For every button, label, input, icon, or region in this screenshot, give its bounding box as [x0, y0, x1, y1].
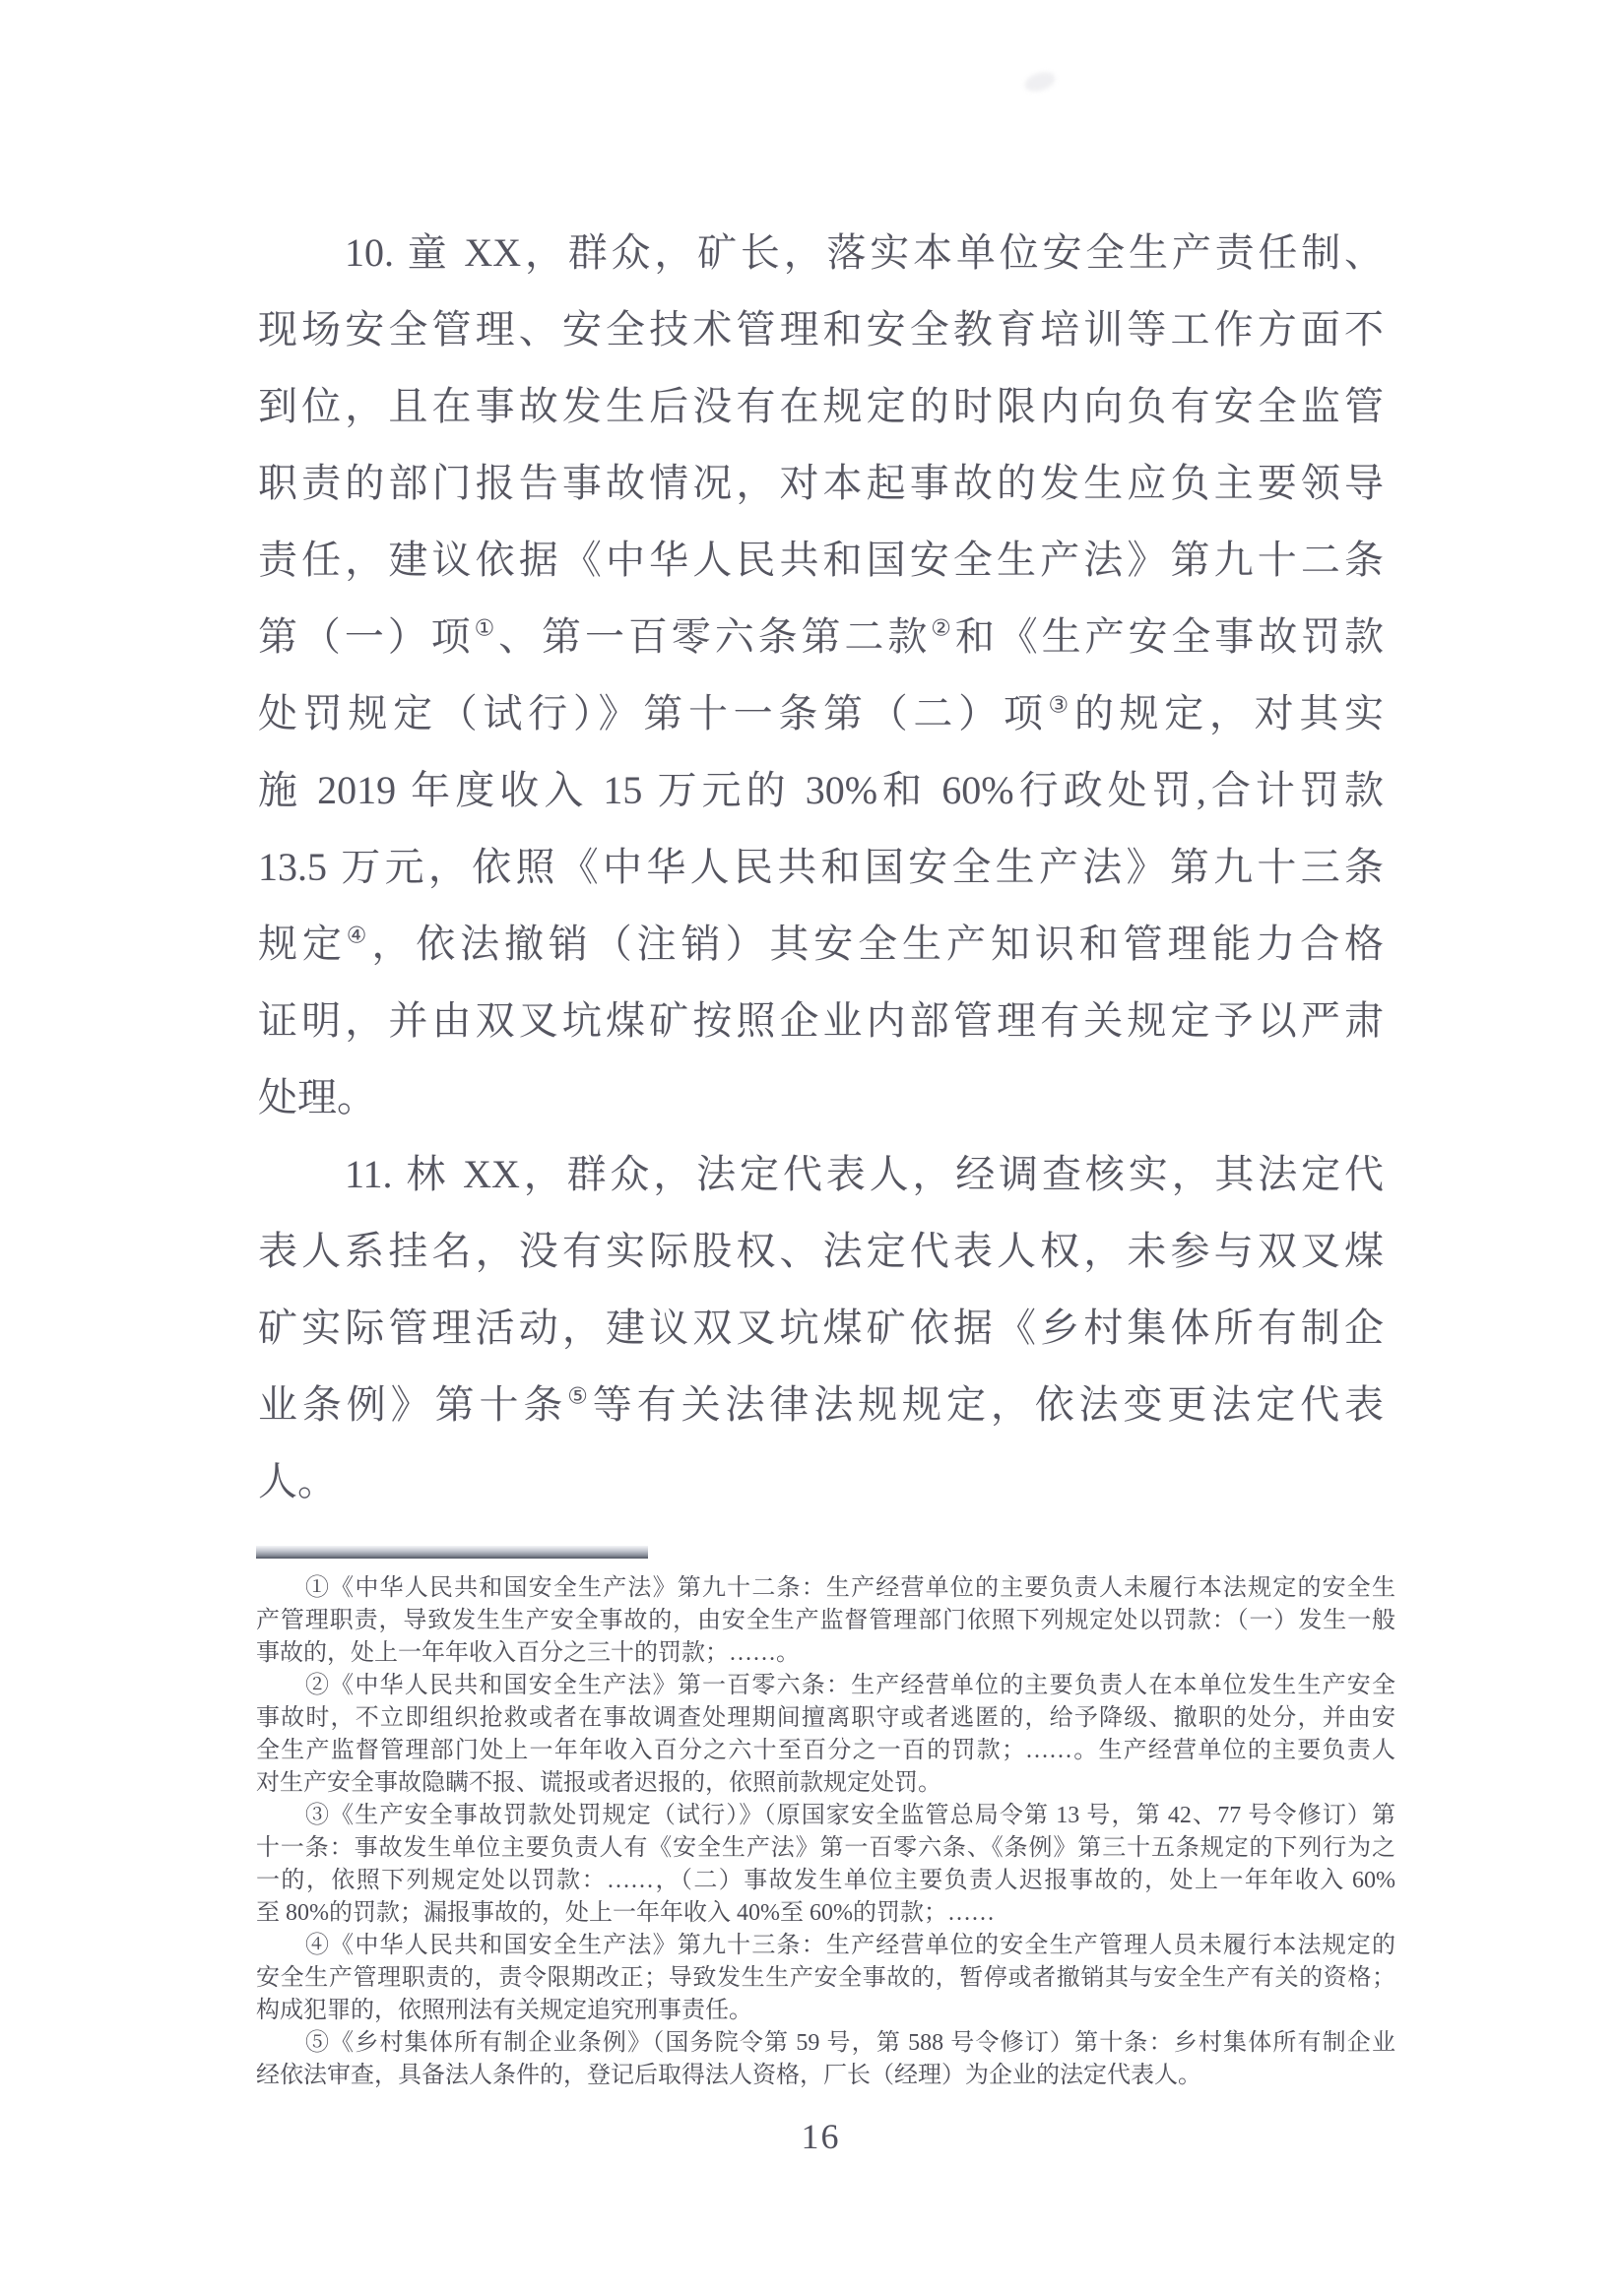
body-text: 10. 童 XX，群众，矿长，落实本单位安全生产责任制、 现场安全管理、安全技术… [258, 215, 1384, 1520]
footnote-line: 事故的，处上一年年收入百分之三十的罚款；……。 [256, 1637, 1395, 1670]
footnote-separator-rule [256, 1546, 648, 1559]
body-line: 规定④，依法撤销（注销）其安全生产知识和管理能力合格 [258, 906, 1384, 983]
page-number: 16 [258, 2115, 1384, 2158]
body-line: 10. 童 XX，群众，矿长，落实本单位安全生产责任制、 [258, 215, 1384, 291]
body-line: 施 2019 年度收入 15 万元的 30%和 60%行政处罚,合计罚款 [258, 752, 1384, 829]
body-line: 表人系挂名，没有实际股权、法定代表人权，未参与双叉煤 [258, 1213, 1384, 1290]
footnote-line: ⑤《乡村集体所有制企业条例》（国务院令第 59 号，第 588 号令修订）第十条… [256, 2027, 1395, 2060]
footnote-line: 对生产安全事故隐瞒不报、谎报或者迟报的，依照前款规定处罚。 [256, 1767, 1395, 1800]
footnote-line: 全生产监督管理部门处上一年年收入百分之六十至百分之一百的罚款；……。生产经营单位… [256, 1735, 1395, 1767]
footnote-line: ④《中华人民共和国安全生产法》第九十三条：生产经营单位的安全生产管理人员未履行本… [256, 1930, 1395, 1962]
footnote-line: 十一条：事故发生单位主要负责人有《安全生产法》第一百零六条、《条例》第三十五条规… [256, 1832, 1395, 1865]
footnote-line: ①《中华人民共和国安全生产法》第九十二条：生产经营单位的主要负责人未履行本法规定… [256, 1572, 1395, 1605]
footnote-line: 经依法审查，具备法人条件的，登记后取得法人资格，厂长（经理）为企业的法定代表人。 [256, 2060, 1395, 2092]
body-line: 职责的部门报告事故情况，对本起事故的发生应负主要领导 [258, 445, 1384, 522]
body-line: 责任，建议依据《中华人民共和国安全生产法》第九十二条 [258, 522, 1384, 599]
body-line: 业条例》第十条⑤等有关法律法规规定，依法变更法定代表 [258, 1367, 1384, 1443]
footnote-line: 事故时，不立即组织抢救或者在事故调查处理期间擅离职守或者逃匿的，给予降级、撤职的… [256, 1702, 1395, 1735]
footnote-line: 一的，依照下列规定处以罚款：……，（二）事故发生单位主要负责人迟报事故的，处上一… [256, 1865, 1395, 1897]
footnotes-block: ①《中华人民共和国安全生产法》第九十二条：生产经营单位的主要负责人未履行本法规定… [256, 1572, 1395, 2092]
footnote-line: ②《中华人民共和国安全生产法》第一百零六条：生产经营单位的主要负责人在本单位发生… [256, 1670, 1395, 1702]
footnote-line: 构成犯罪的，依照刑法有关规定追究刑事责任。 [256, 1995, 1395, 2027]
body-line: 矿实际管理活动，建议双叉坑煤矿依据《乡村集体所有制企 [258, 1290, 1384, 1367]
footnote-line: 产管理职责，导致发生生产安全事故的，由安全生产监督管理部门依照下列规定处以罚款：… [256, 1605, 1395, 1637]
body-line: 处理。 [258, 1059, 1384, 1136]
footnote-line: ③《生产安全事故罚款处罚规定（试行）》（原国家安全监管总局令第 13 号，第 4… [256, 1800, 1395, 1832]
body-line: 现场安全管理、安全技术管理和安全教育培训等工作方面不 [258, 291, 1384, 368]
body-line: 到位，且在事故发生后没有在规定的时限内向负有安全监管 [258, 368, 1384, 445]
footnote-line: 至 80%的罚款；漏报事故的，处上一年年收入 40%至 60%的罚款；…… [256, 1897, 1395, 1930]
body-line: 证明，并由双叉坑煤矿按照企业内部管理有关规定予以严肃 [258, 983, 1384, 1059]
body-line: 处罚规定（试行）》第十一条第（二）项③的规定，对其实 [258, 675, 1384, 752]
body-line: 人。 [258, 1443, 1384, 1520]
scan-artifact [1022, 68, 1058, 95]
body-line: 11. 林 XX，群众，法定代表人，经调查核实，其法定代 [258, 1136, 1384, 1213]
body-line: 13.5 万元，依照《中华人民共和国安全生产法》第九十三条 [258, 829, 1384, 906]
document-page: 10. 童 XX，群众，矿长，落实本单位安全生产责任制、 现场安全管理、安全技术… [0, 0, 1621, 2296]
footnote-line: 安全生产管理职责的，责令限期改正；导致发生生产安全事故的，暂停或者撤销其与安全生… [256, 1962, 1395, 1995]
body-line: 第（一）项①、第一百零六条第二款②和《生产安全事故罚款 [258, 599, 1384, 675]
